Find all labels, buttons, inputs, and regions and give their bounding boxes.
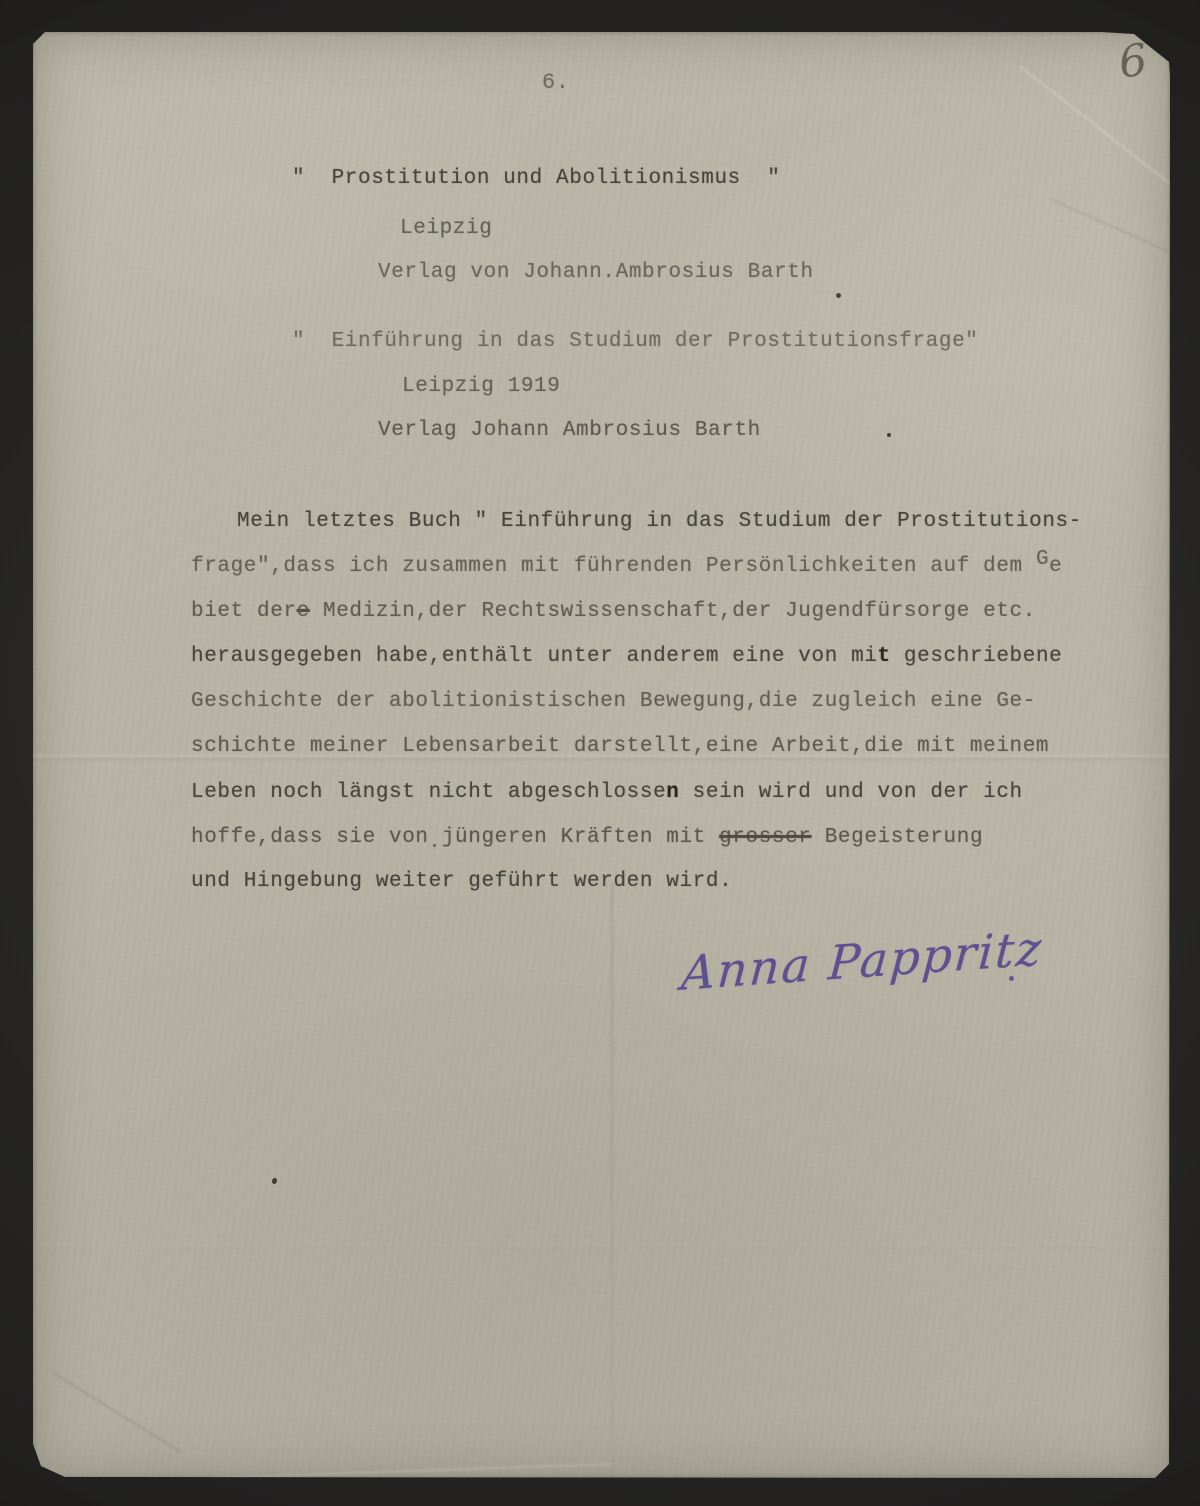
publisher-2: Verlag Johann Ambrosius Barth [378, 418, 761, 444]
corner-crease [1051, 198, 1200, 277]
signature-anna-pappritz: Anna Pappritz [680, 921, 1045, 1002]
corner-crease [1019, 65, 1200, 220]
horizontal-fold-line-lower [33, 1244, 1170, 1248]
text-segment: Begeisterung [812, 826, 984, 849]
text-segment: e [1049, 555, 1062, 578]
overstruck-letter: t [878, 645, 891, 668]
overstruck-letter: n [666, 781, 679, 804]
paragraph-line-4: herausgegeben habe,enthält unter anderem… [191, 644, 1062, 670]
paragraph-line-5: Geschichte der abolitionistischen Bewegu… [191, 689, 1036, 715]
publication-place-2: Leipzig 1919 [402, 374, 560, 400]
raised-letter: G [1036, 548, 1049, 571]
signature-flourish-dot [1009, 976, 1014, 981]
ink-speck [836, 293, 841, 298]
text-segment: Leben noch längst nicht abgeschlosse [191, 781, 666, 804]
text-segment: biet der [191, 600, 297, 623]
corner-crease [54, 1372, 182, 1453]
ink-speck [433, 844, 436, 847]
book-title-2: " Einführung in das Studium der Prostitu… [292, 329, 979, 355]
text-segment: sein wird und von der ich [679, 781, 1022, 804]
scan-background: 6. 6 " Prostitution und Abolitionismus "… [0, 0, 1200, 1506]
text-segment: herausgegeben habe,enthält unter anderem… [191, 645, 878, 668]
publication-place-1: Leipzig [400, 216, 492, 242]
text-segment: geschriebene [891, 645, 1063, 668]
paragraph-line-7: Leben noch längst nicht abgeschlossen se… [191, 780, 1023, 806]
paragraph-line-3: biet dere Medizin,der Rechtswissenschaft… [191, 599, 1036, 625]
ink-speck [271, 1177, 278, 1184]
publisher-1: Verlag von Johann.Ambrosius Barth [378, 260, 814, 286]
paragraph-line-6: schichte meiner Lebensarbeit darstellt,e… [191, 734, 1049, 760]
bottom-wrinkle [213, 1463, 613, 1479]
ink-speck [887, 433, 891, 437]
text-segment: frage",dass ich zusammen mit führenden P… [191, 555, 1036, 578]
paragraph-line-8: hoffe,dass sie von jüngeren Kräften mit … [191, 825, 983, 851]
vertical-fold-line [611, 882, 613, 1478]
struck-letter: e [297, 600, 310, 623]
paragraph-line-2: frage",dass ich zusammen mit führenden P… [191, 554, 1062, 580]
book-title-1: " Prostitution und Abolitionismus " [292, 166, 780, 192]
struck-word: grosser [719, 826, 811, 849]
typed-page-number: 6. [542, 70, 570, 96]
text-segment: Medizin,der Rechtswissenschaft,der Jugen… [310, 600, 1036, 623]
document-page: 6. 6 " Prostitution und Abolitionismus "… [33, 32, 1170, 1478]
handwritten-page-number: 6 [1116, 34, 1150, 88]
paragraph-line-9: und Hingebung weiter geführt werden wird… [191, 869, 732, 895]
text-segment: hoffe,dass sie von jüngeren Kräften mit [191, 826, 719, 849]
paragraph-line-1: Mein letztes Buch " Einführung in das St… [237, 509, 1082, 535]
